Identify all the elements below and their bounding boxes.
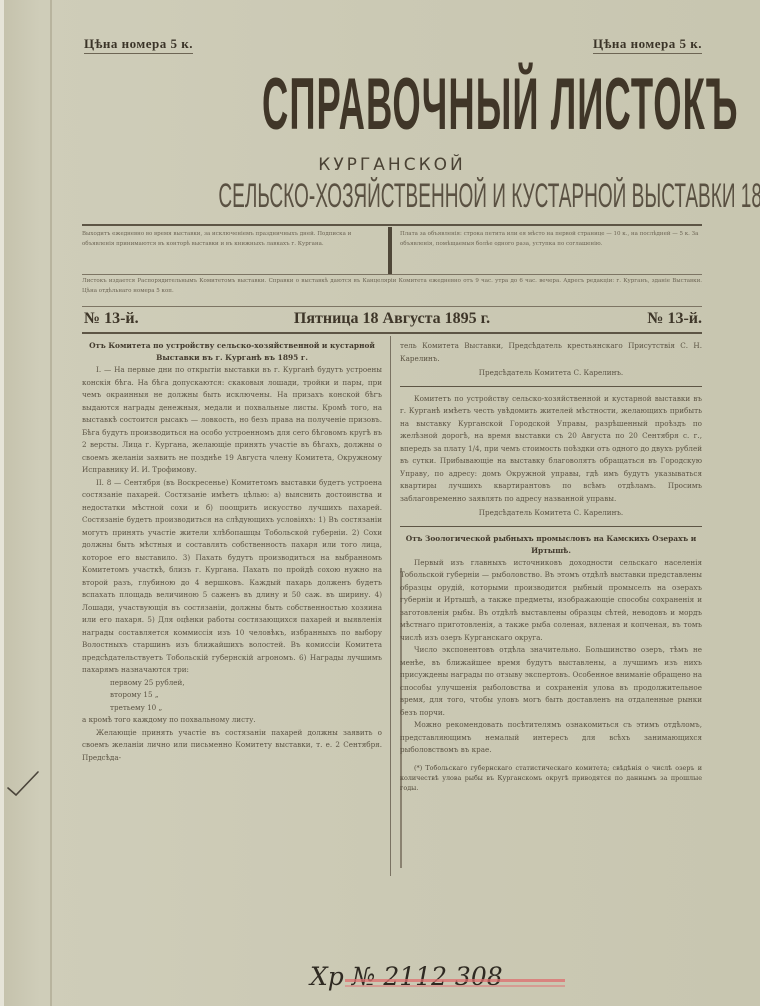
masthead-subtitle-city: КУРГАНСКОЙ [82,155,702,175]
article-heading-committee: Отъ Комитета по устройству сельско-хозяй… [82,340,382,364]
checkmark-icon [6,768,40,798]
dateline-rule [82,332,702,334]
subscription-info: Выходитъ ежедневно во время выставки, за… [82,229,382,273]
masthead-subtitle-exhibition: СЕЛЬСКО-ХОЗЯЙСТВЕННОЙ И КУСТАРНОЙ ВЫСТАВ… [218,176,565,216]
article-paragraph: I. — На первые дни по открытіи выставки … [82,364,382,477]
info-divider [388,227,392,275]
red-strikethrough [345,979,565,982]
price-label-left: Цѣна номера 5 к. [84,36,193,54]
info-rule [82,274,702,275]
column-divider [390,336,391,876]
left-column: Отъ Комитета по устройству сельско-хозяй… [82,340,382,764]
signature: Предсѣдатель Комитета С. Карелинъ. [400,507,702,520]
page-fold [50,0,52,1006]
article-rule [400,526,702,527]
header-rule [82,224,702,226]
advertising-info: Плата за объявленія: строка петита или е… [400,229,702,273]
article-paragraph: Можно рекомендовать посѣтителямъ ознаком… [400,719,702,757]
article-paragraph: Желающіе принять участіе въ состязаніи п… [82,727,382,765]
red-strikethrough [345,985,565,987]
right-column: тель Комитета Выставки, Предсѣдатель кре… [400,340,702,793]
article-rule [400,386,702,387]
price-label-right: Цѣна номера 5 к. [593,36,702,54]
article-paragraph: II. 8 — Сентября (въ Воскресенье) Комите… [82,477,382,677]
article-paragraph: а кромѣ того каждому по похвальному лист… [82,714,382,727]
newspaper-page: Цѣна номера 5 к. Цѣна номера 5 к. СПРАВО… [82,28,702,948]
article-paragraph: тель Комитета Выставки, Предсѣдатель кре… [400,340,702,365]
page-edge [0,0,4,1006]
notice-rule [82,306,702,307]
article-paragraph: Первый изъ главныхъ источниковъ доходнос… [400,557,702,645]
article-heading-fisheries: Отъ Зоологической рыбныхъ промысловъ на … [400,533,702,557]
footnote: (*) Тобольскаго губернскаго статистическ… [400,763,702,793]
prize-item: второму 15 „ [110,689,382,702]
prize-list: первому 25 рублей, второму 15 „ третьему… [82,677,382,715]
issue-date: Пятница 18 Августа 1895 г. [82,310,702,328]
prize-item: первому 25 рублей, [110,677,382,690]
article-paragraph: Число экспонентовъ отдѣла значительно. Б… [400,644,702,719]
issue-number-right: № 13-й. [647,310,702,328]
article-paragraph: Комитетъ по устройству сельско-хозяйстве… [400,393,702,506]
prize-item: третьему 10 „ [110,702,382,715]
signature: Предсѣдатель Комитета С. Карелинъ. [400,367,702,380]
masthead-title: СПРАВОЧНЫЙ ЛИСТОКЪ [262,52,522,157]
dateline: № 13-й. Пятница 18 Августа 1895 г. № 13-… [82,310,702,332]
